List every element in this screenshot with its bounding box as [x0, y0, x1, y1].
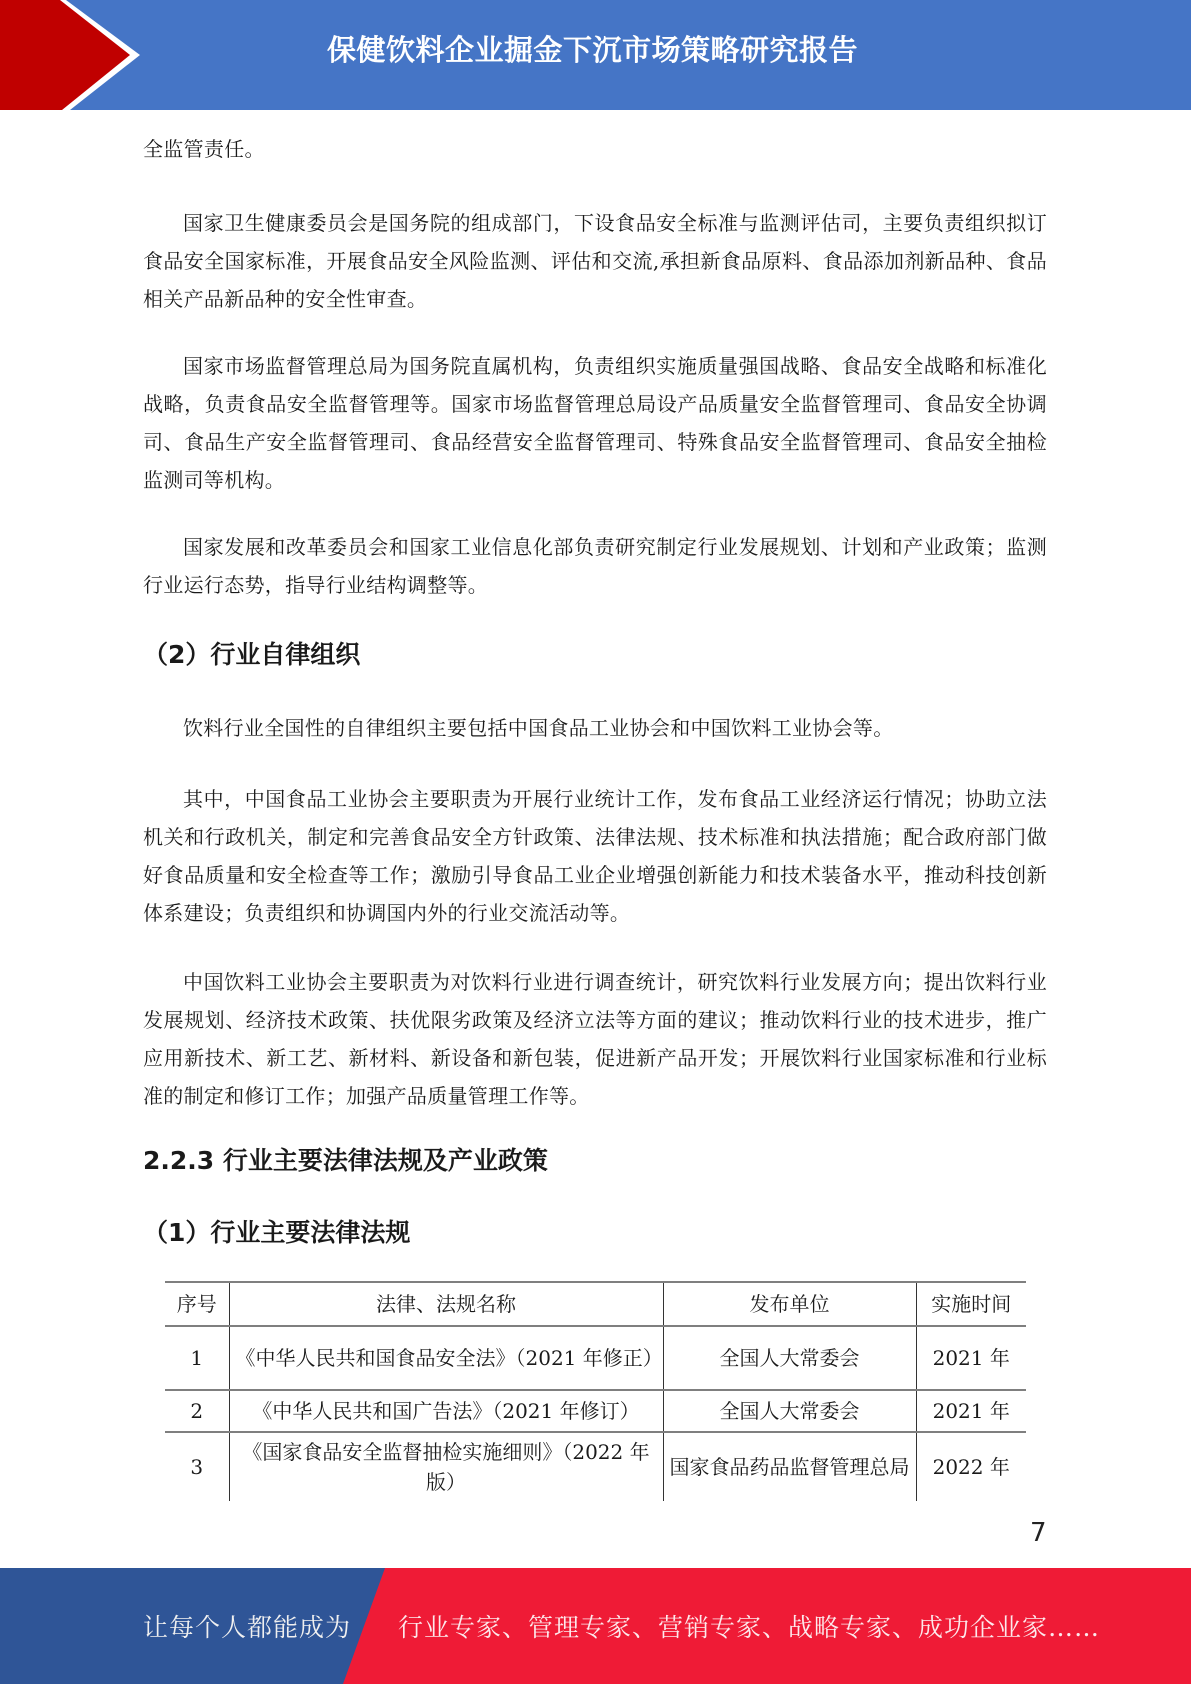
cell-effective-date: 2021 年 [916, 1326, 1026, 1390]
report-title: 保健饮料企业掘金下沉市场策略研究报告 [327, 26, 858, 74]
table-row: 3 《国家食品安全监督抽检实施细则》（2022 年版） 国家食品药品监督管理总局… [165, 1432, 1026, 1501]
table-row: 2 《中华人民共和国广告法》（2021 年修订） 全国人大常委会 2021 年 [165, 1390, 1026, 1432]
page-header: 保健饮料企业掘金下沉市场策略研究报告 [0, 0, 1191, 110]
col-header-issuer: 发布单位 [663, 1282, 916, 1326]
footer-tagline-right: 行业专家、管理专家、营销专家、战略专家、成功企业家…… [398, 1608, 1100, 1644]
paragraph: 全监管责任。 [143, 130, 1047, 168]
paragraph: 国家卫生健康委员会是国务院的组成部门，下设食品安全标准与监测评估司，主要负责组织… [143, 204, 1047, 318]
cell-effective-date: 2021 年 [916, 1390, 1026, 1432]
cell-issuer: 全国人大常委会 [663, 1326, 916, 1390]
cell-index: 3 [165, 1432, 229, 1501]
chevron-arrow-icon [0, 0, 160, 110]
page-number: 7 [1030, 1518, 1047, 1548]
cell-effective-date: 2022 年 [916, 1432, 1026, 1501]
table-row: 1 《中华人民共和国食品安全法》（2021 年修正） 全国人大常委会 2021 … [165, 1326, 1026, 1390]
paragraph: 国家发展和改革委员会和国家工业信息化部负责研究制定行业发展规划、计划和产业政策；… [143, 528, 1047, 604]
col-header-effective-date: 实施时间 [916, 1282, 1026, 1326]
cell-issuer: 全国人大常委会 [663, 1390, 916, 1432]
cell-law-name: 《国家食品安全监督抽检实施细则》（2022 年版） [229, 1432, 663, 1501]
cell-index: 1 [165, 1326, 229, 1390]
laws-table: 序号 法律、法规名称 发布单位 实施时间 1 《中华人民共和国食品安全法》（20… [165, 1281, 1026, 1501]
section-heading: 2.2.3 行业主要法律法规及产业政策 [143, 1141, 1047, 1181]
page-footer: 让每个人都能成为 行业专家、管理专家、营销专家、战略专家、成功企业家…… [0, 1568, 1191, 1684]
paragraph: 其中，中国食品工业协会主要职责为开展行业统计工作，发布食品工业经济运行情况；协助… [143, 780, 1047, 932]
table-header-row: 序号 法律、法规名称 发布单位 实施时间 [165, 1282, 1026, 1326]
cell-law-name: 《中华人民共和国食品安全法》（2021 年修正） [229, 1326, 663, 1390]
col-header-law-name: 法律、法规名称 [229, 1282, 663, 1326]
subheading-laws: （1）行业主要法律法规 [143, 1213, 1047, 1253]
paragraph: 国家市场监督管理总局为国务院直属机构，负责组织实施质量强国战略、食品安全战略和标… [143, 347, 1047, 499]
paragraph: 饮料行业全国性的自律组织主要包括中国食品工业协会和中国饮料工业协会等。 [143, 709, 1047, 747]
cell-law-name: 《中华人民共和国广告法》（2021 年修订） [229, 1390, 663, 1432]
col-header-index: 序号 [165, 1282, 229, 1326]
subheading-self-regulation: （2）行业自律组织 [143, 635, 1047, 675]
cell-index: 2 [165, 1390, 229, 1432]
footer-tagline-left: 让每个人都能成为 [143, 1608, 351, 1644]
cell-issuer: 国家食品药品监督管理总局 [663, 1432, 916, 1501]
paragraph: 中国饮料工业协会主要职责为对饮料行业进行调查统计，研究饮料行业发展方向；提出饮料… [143, 963, 1047, 1115]
